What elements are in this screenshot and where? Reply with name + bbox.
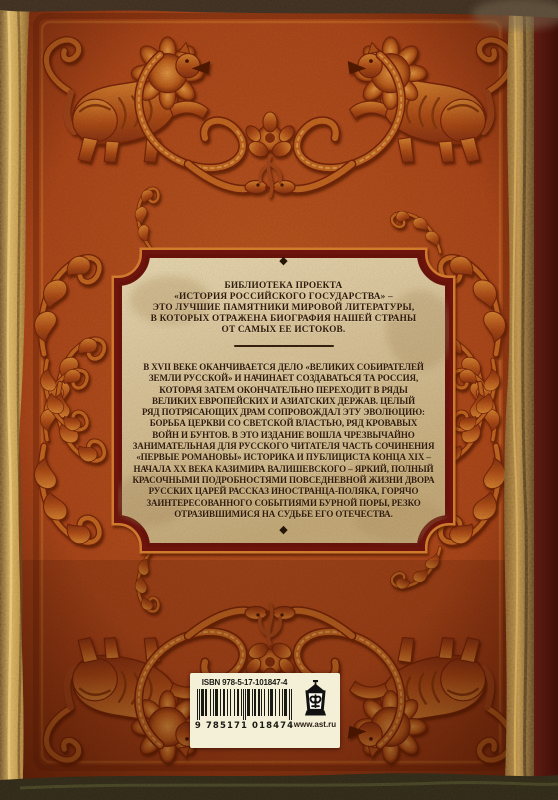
plaque-intro-line: В КОТОРЫХ ОТРАЖЕНА БИОГРАФИЯ НАШЕЙ СТРАН… <box>120 314 447 325</box>
bottom-edge-strip <box>0 773 558 800</box>
book-back-cover: ◆ БИБЛИОТЕКА ПРОЕКТА«ИСТОРИЯ РОССИЙСКОГО… <box>0 0 558 800</box>
plaque-paragraph-line: НАЧАЛА XX ВЕКА КАЗИМИРА ВАЛИШЕВСКОГО – Я… <box>118 464 449 475</box>
barcode-label: ISBN 978-5-17-101847-4 9 785171 018474 w… <box>190 673 340 748</box>
diamond-ornament-bottom: ◆ <box>112 524 455 536</box>
plaque-paragraph-line: КРАСОЧНЫМИ ПОДРОБНОСТЯМИ ПОВСЕДНЕВНОЙ ЖИ… <box>118 475 449 486</box>
barcode-bars <box>197 689 292 720</box>
plaque-intro-line: ЭТО ЛУЧШИЕ ПАМЯТНИКИ МИРОВОЙ ЛИТЕРАТУРЫ, <box>120 303 447 314</box>
plaque-paragraph-line: ВЕЛИКИХ ЕВРОПЕЙСКИХ И АЗИАТСКИХ ДЕРЖАВ. … <box>118 396 449 407</box>
plaque-intro-line: «ИСТОРИЯ РОССИЙСКОГО ГОСУДАРСТВА» – <box>120 292 447 303</box>
isbn-text: ISBN 978-5-17-101847-4 <box>202 678 287 687</box>
ast-publisher-logo-icon <box>302 680 329 718</box>
plaque-paragraph-line: РЯД ПОТРЯСАЮЩИХ ДРАМ СОПРОВОЖДАЛ ЭТУ ЭВО… <box>118 407 449 418</box>
plaque-paragraph-line: В XVII ВЕКЕ ОКАНЧИВАЕТСЯ ДЕЛО «ВЕЛИКИХ С… <box>118 362 449 373</box>
plaque-paragraph-line: ВОЙН И БУНТОВ. В ЭТО ИЗДАНИЕ ВОШЛА ЧРЕЗВ… <box>118 430 449 441</box>
plaque-intro-line: БИБЛИОТЕКА ПРОЕКТА <box>120 281 447 292</box>
right-worn-edge <box>504 0 558 800</box>
plaque-divider <box>234 345 334 347</box>
plaque-paragraph-line: ОТРАЗИВШИМИСЯ НА СУДЬБЕ ЕГО ОТЕЧЕСТВА. <box>118 509 449 520</box>
plaque-intro: БИБЛИОТЕКА ПРОЕКТА«ИСТОРИЯ РОССИЙСКОГО Г… <box>120 281 447 336</box>
ean-digits: 9 785171 018474 <box>195 721 294 731</box>
annotation-plaque: ◆ БИБЛИОТЕКА ПРОЕКТА«ИСТОРИЯ РОССИЙСКОГО… <box>112 248 455 553</box>
plaque-paragraph-line: «ПЕРВЫЕ РОМАНОВЫ» ИСТОРИКА И ПУБЛИЦИСТА … <box>118 452 449 463</box>
plaque-intro-line: ОТ САМЫХ ЕЕ ИСТОКОВ. <box>120 325 447 336</box>
publisher-website: www.ast.ru <box>294 720 336 729</box>
diamond-ornament-top: ◆ <box>112 255 455 267</box>
plaque-paragraph-line: РУССКИХ ЦАРЕЙ РАССКАЗ ИНОСТРАНЦА-ПОЛЯКА,… <box>118 486 449 497</box>
plaque-paragraph-line: КОТОРАЯ ЗАТЕМ ОКОНЧАТЕЛЬНО ПЕРЕХОДИТ В Р… <box>118 385 449 396</box>
plaque-paragraph-line: ЗЕМЛИ РУССКОЙ» И НАЧИНАЕТ СОЗДАВАТЬСЯ ТА… <box>118 373 449 384</box>
plaque-paragraph-line: БОРЬБА ЦЕРКВИ СО СВЕТСКОЙ ВЛАСТЬЮ, РЯД К… <box>118 418 449 429</box>
plaque-paragraph-line: ЗАНИМАТЕЛЬНАЯ ДЛЯ РУССКОГО ЧИТАТЕЛЯ ЧАСТ… <box>118 441 449 452</box>
plaque-paragraph-line: ЗАИНТЕРЕСОВАННОГО СОБЫТИЯМИ БУРНОЙ ПОРЫ,… <box>118 498 449 509</box>
plaque-paragraph: В XVII ВЕКЕ ОКАНЧИВАЕТСЯ ДЕЛО «ВЕЛИКИХ С… <box>118 362 449 520</box>
